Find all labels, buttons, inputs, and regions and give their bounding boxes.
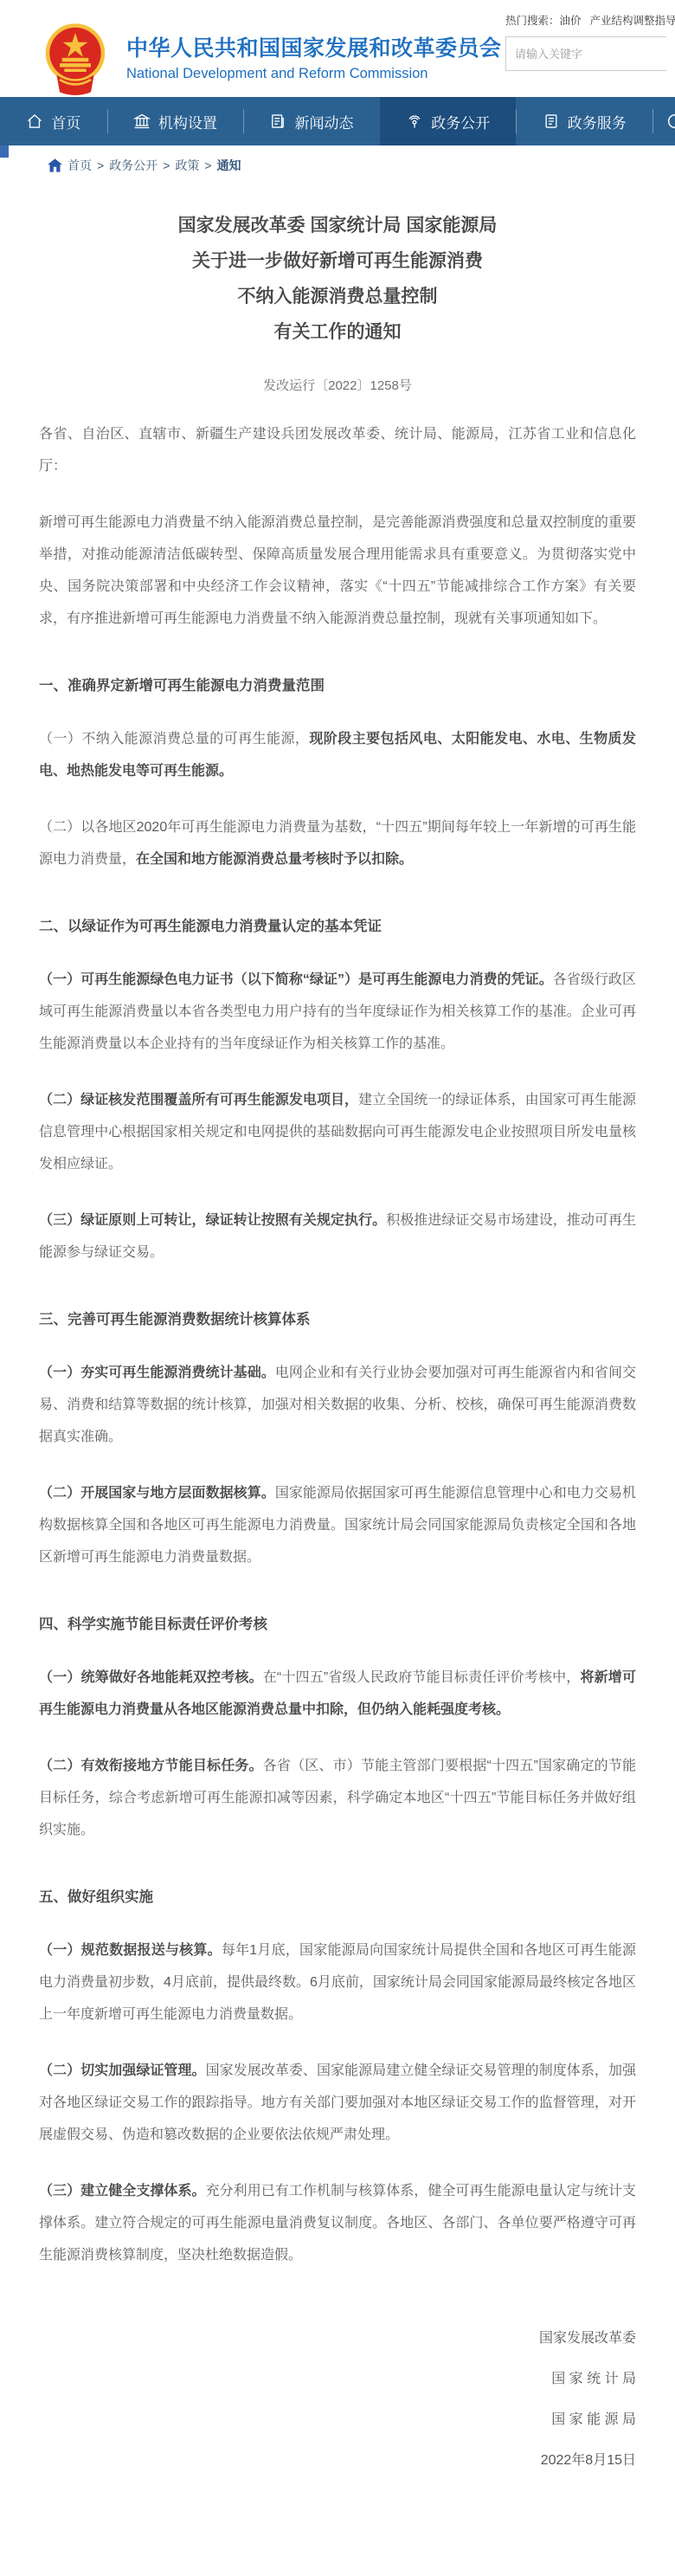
hot-search-link[interactable]: 油价 [560,15,582,27]
document-number: 发改运行〔2022〕1258号 [0,376,675,394]
nav-item-新闻动态[interactable]: 新闻动态 [243,97,380,145]
nav-item-首页[interactable]: 首页 [0,97,107,145]
institution-icon [133,113,151,130]
news-icon [269,113,286,130]
section-heading: 四、科学实施节能目标责任评价考核 [39,1611,636,1637]
paragraph: （一）统筹做好各地能耗双控考核。在“十四五”省级人民政府节能目标责任评价考核中，… [39,1662,636,1726]
paragraph: （一）规范数据报送与核算。每年1月底，国家能源局向国家统计局提供全国和各地区可再… [39,1934,636,2030]
document-body: 各省、自治区、直辖市、新疆生产建设兵团发展改革委、统计局、能源局，江苏省工业和信… [0,418,675,2271]
document-title-line: 有关工作的通知 [52,314,623,350]
brand-text: 中华人民共和国国家发展和改革委员会 National Development a… [126,31,502,82]
paragraph: （一）不纳入能源消费总量的可再生能源，现阶段主要包括风电、太阳能发电、水电、生物… [39,723,636,787]
hot-search: 热门搜索：油价产业结构调整指导 [505,12,675,28]
signature-line: 国 家 统 计 局 [39,2359,636,2399]
section-heading: 一、准确界定新增可再生能源电力消费量范围 [39,673,636,699]
national-emblem-icon [36,17,114,95]
paragraph: （一）可再生能源绿色电力证书（以下简称“绿证”）是可再生能源电力消费的凭证。各省… [39,964,636,1060]
disclosure-icon [406,113,423,130]
nav-label: 首页 [51,111,80,132]
nav-item-政务服务[interactable]: 政务服务 [516,97,652,145]
signature-line: 国家发展改革委 [39,2318,636,2359]
breadcrumb: 首页>政务公开>政策>通知 [0,145,675,182]
breadcrumb-item-通知: 通知 [217,157,241,174]
paragraph: （二）绿证核发范围覆盖所有可再生能源发电项目，建立全国统一的绿证体系，由国家可再… [39,1084,636,1180]
site-header: 中华人民共和国国家发展和改革委员会 National Development a… [0,0,675,97]
paragraph: （三）绿证原则上可转让，绿证转让按照有关规定执行。积极推进绿证交易市场建设，推动… [39,1204,636,1269]
home-icon [26,113,43,130]
signature-line: 2022年8月15日 [39,2440,636,2481]
hot-search-label: 热门搜索： [505,15,560,27]
site-title: 中华人民共和国国家发展和改革委员会 [126,31,502,62]
paragraph: （一）夯实可再生能源消费统计基础。电网企业和有关行业协会要加强对可再生能源省内和… [39,1357,636,1453]
paragraph: （二）切实加强绿证管理。国家发展改革委、国家能源局建立健全绿证交易管理的制度体系… [39,2055,636,2151]
breadcrumb-separator: > [204,158,211,172]
nav-more[interactable] [652,97,675,145]
document: 国家发展改革委 国家统计局 国家能源局关于进一步做好新增可再生能源消费不纳入能源… [0,208,675,2576]
nav-item-政务公开[interactable]: 政务公开 [380,97,517,145]
left-edge-artifact [0,145,9,158]
service-icon [543,113,560,130]
breadcrumb-item-首页[interactable]: 首页 [67,157,92,174]
document-title-line: 国家发展改革委 国家统计局 国家能源局 [52,208,623,243]
document-title: 国家发展改革委 国家统计局 国家能源局关于进一步做好新增可再生能源消费不纳入能源… [52,208,623,350]
breadcrumb-item-政务公开[interactable]: 政务公开 [109,157,157,174]
breadcrumb-item-政策[interactable]: 政策 [175,157,199,174]
nav-label: 政务公开 [431,111,490,132]
signature-block: 国家发展改革委国 家 统 计 局国 家 能 源 局2022年8月15日 [0,2295,675,2541]
search-input[interactable] [505,36,666,71]
main-nav: 首页机构设置新闻动态政务公开政务服务 [0,97,675,145]
paragraph: （二）开展国家与地方层面数据核算。国家能源局依据国家可再生能源信息管理中心和电力… [39,1477,636,1573]
search-area: 热门搜索：油价产业结构调整指导 [505,12,675,71]
paragraph: 新增可再生能源电力消费量不纳入能源消费总量控制，是完善能源消费强度和总量双控制度… [39,507,636,635]
document-title-line: 关于进一步做好新增可再生能源消费 [52,243,623,279]
section-heading: 三、完善可再生能源消费数据统计核算体系 [39,1307,636,1333]
nav-item-机构设置[interactable]: 机构设置 [107,97,244,145]
signature-line: 国 家 能 源 局 [39,2399,636,2440]
page: 中华人民共和国国家发展和改革委员会 National Development a… [0,0,675,2576]
nav-label: 机构设置 [158,111,217,132]
home-icon[interactable] [48,158,62,172]
section-heading: 二、以绿证作为可再生能源电力消费量认定的基本凭证 [39,914,636,939]
hot-search-link[interactable]: 产业结构调整指导 [590,15,675,27]
paragraph: （三）建立健全支撑体系。充分利用已有工作机制与核算体系，健全可再生能源电量认定与… [39,2175,636,2271]
site-subtitle: National Development and Reform Commissi… [126,66,502,82]
breadcrumb-separator: > [97,158,104,172]
paragraph: （二）有效衔接地方节能目标任务。各省（区、市）节能主管部门要根据“十四五”国家确… [39,1750,636,1846]
section-heading: 五、做好组织实施 [39,1884,636,1910]
paragraph: 各省、自治区、直辖市、新疆生产建设兵团发展改革委、统计局、能源局，江苏省工业和信… [39,418,636,482]
paragraph: （二）以各地区2020年可再生能源电力消费量为基数，“十四五”期间每年较上一年新… [39,811,636,875]
brand: 中华人民共和国国家发展和改革委员会 National Development a… [36,17,502,95]
breadcrumb-separator: > [163,158,170,172]
nav-label: 政务服务 [568,111,627,132]
nav-label: 新闻动态 [294,111,353,132]
document-title-line: 不纳入能源消费总量控制 [52,279,623,314]
